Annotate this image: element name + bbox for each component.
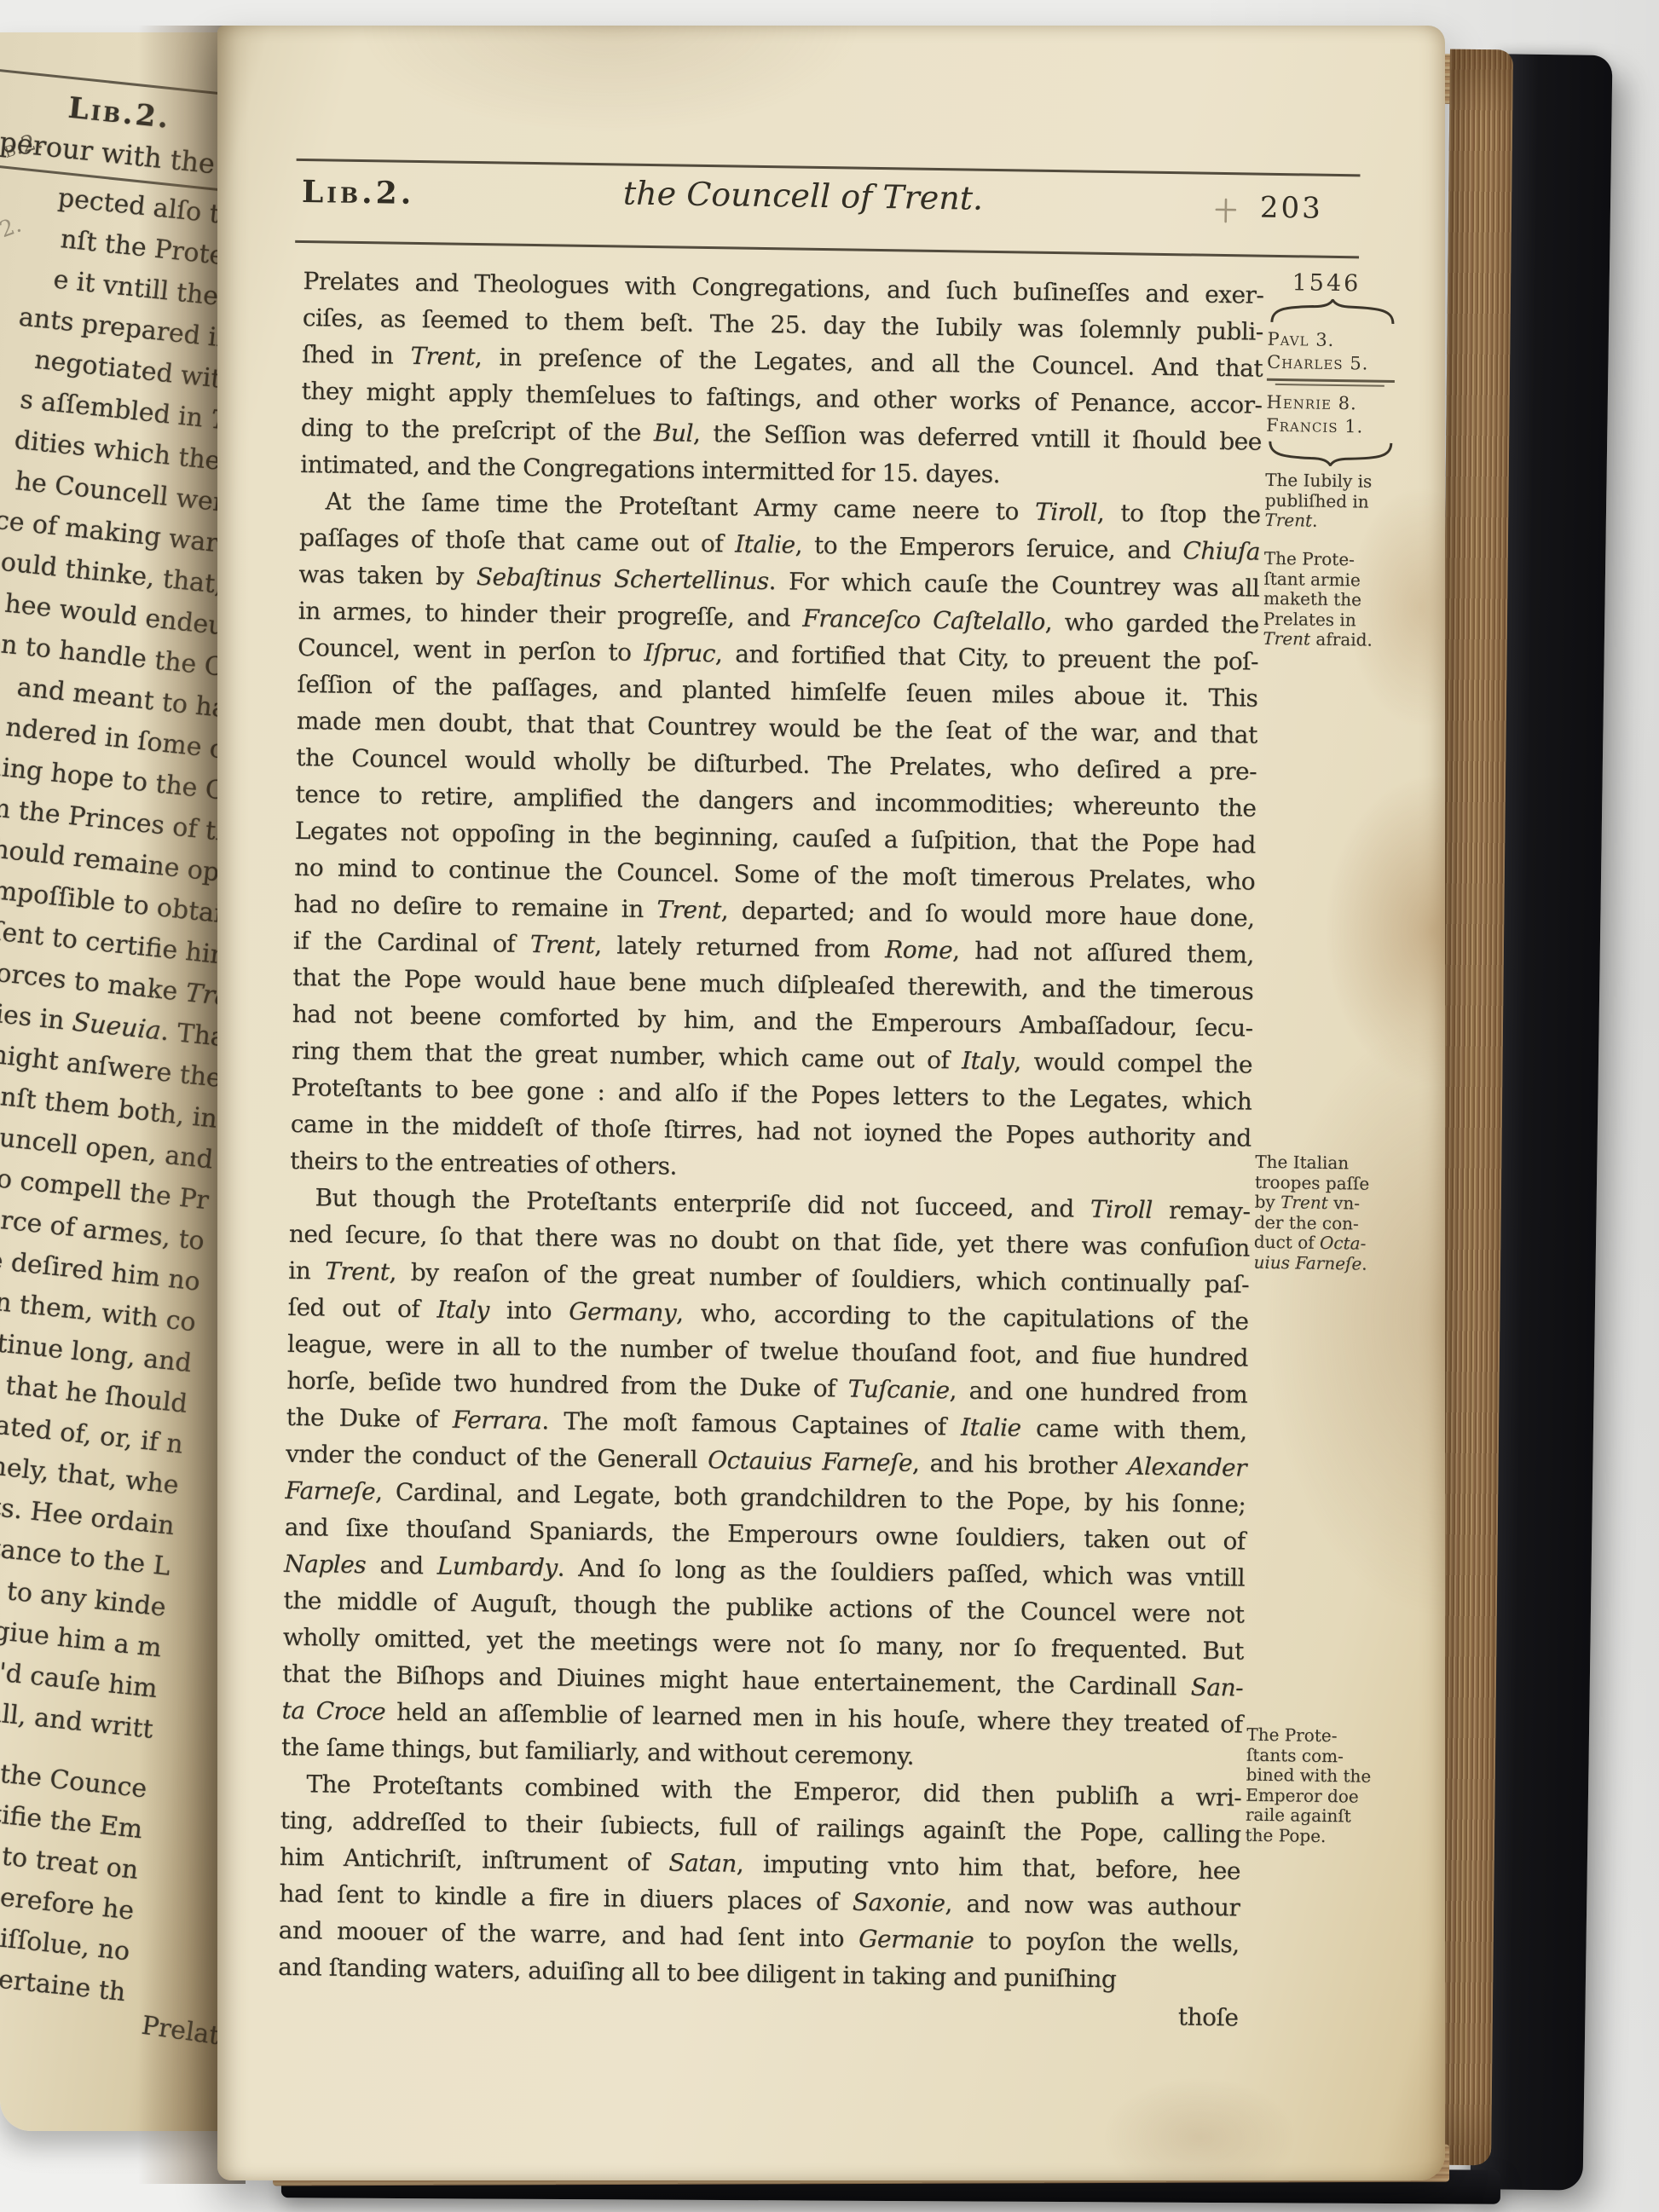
left-page-text: Lib.2. Emperour with the pected alſo tha… bbox=[0, 89, 218, 2061]
margin-note: The Prote-ſtants com-bined with theEmper… bbox=[1245, 1725, 1398, 1848]
printer-cross-icon bbox=[1214, 197, 1239, 228]
margin-rule bbox=[1275, 384, 1384, 387]
header-rule-top bbox=[297, 159, 1361, 177]
right-page-content: Lib.2. the Councell of Trent. 203 Prelat… bbox=[186, 18, 1445, 2191]
margin-king-name: Francis 1. bbox=[1266, 415, 1418, 439]
margin-note: The Iubily ispubliſhed inTrent. bbox=[1264, 471, 1417, 533]
margin-king-name: Henrie 8. bbox=[1266, 392, 1418, 416]
header-rule-bottom bbox=[295, 240, 1359, 259]
curly-brace-down-icon bbox=[1265, 440, 1417, 471]
margin-note-line: Trent afraid. bbox=[1263, 629, 1414, 651]
margin-rule bbox=[1267, 378, 1395, 383]
book-photo: { "book": { "page_color": "#ece3cb", "in… bbox=[0, 0, 1659, 2212]
margin-year: 1546 bbox=[1268, 269, 1443, 298]
margin-note: The Prote-ſtant armiemaketh thePrelates … bbox=[1263, 549, 1416, 651]
margin-note-line: uius Farneſe. bbox=[1253, 1252, 1405, 1274]
running-title: the Councell of Trent. bbox=[539, 173, 1068, 218]
margin-note-line: the Pope. bbox=[1245, 1825, 1396, 1847]
page-number: 203 bbox=[1260, 191, 1323, 226]
margin-pope-name: Charles 5. bbox=[1267, 352, 1419, 376]
body-text-column: Prelates and Theologues with Congregatio… bbox=[278, 263, 1264, 1999]
margin-pope-name: Pavl 3. bbox=[1267, 329, 1419, 353]
right-page: Lib.2. the Councell of Trent. 203 Prelat… bbox=[217, 26, 1445, 2180]
curly-brace-up-icon bbox=[1268, 298, 1419, 330]
margin-note: The Italiantroopes paſſeby Trent vn-der … bbox=[1253, 1152, 1407, 1275]
margin-note-line: Trent. bbox=[1264, 511, 1416, 533]
book-label: Lib.2. bbox=[302, 174, 415, 211]
